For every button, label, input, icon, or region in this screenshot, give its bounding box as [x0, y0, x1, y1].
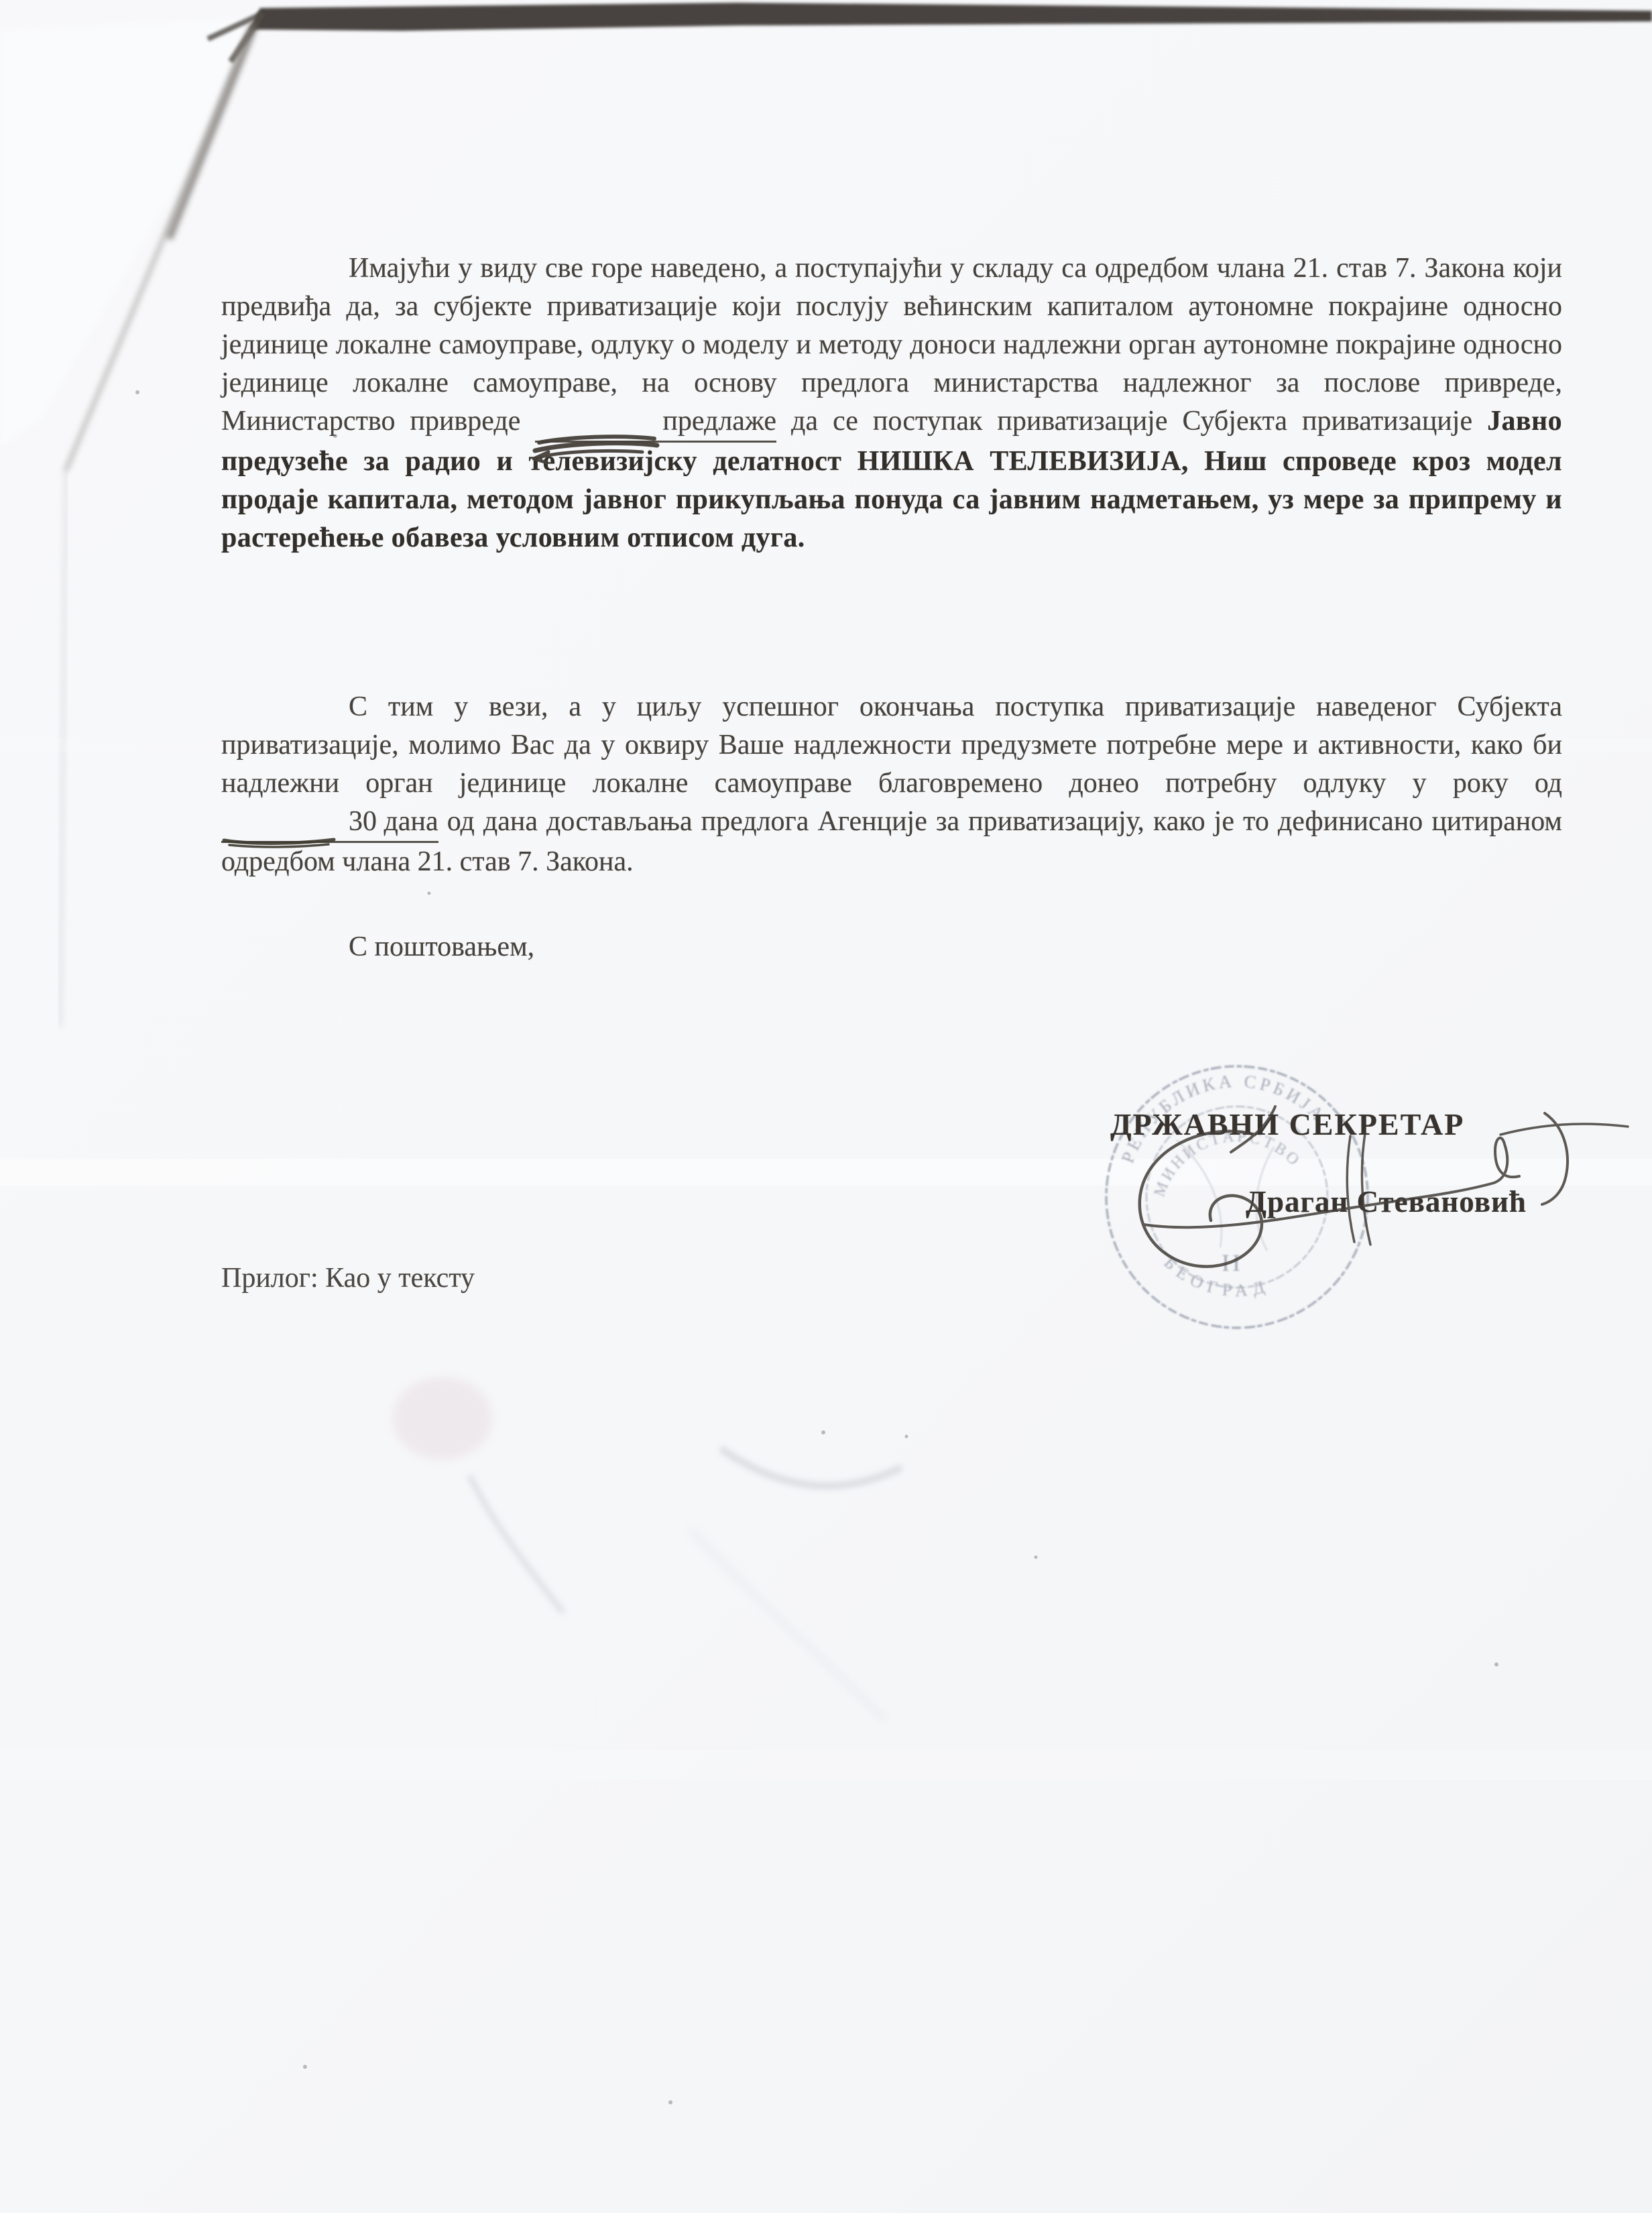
- scanned-letter-page: РЕПУБЛИКА СРБИЈА МИНИСТАРСТВО БЕОГРАД II…: [0, 0, 1652, 2213]
- underlined-word-predlaze: предлаже: [535, 402, 776, 443]
- handwritten-underline-mark: [221, 836, 339, 851]
- handwritten-scribble-mark: [530, 432, 664, 469]
- signature-name: Драган Стевановић: [1246, 1184, 1527, 1219]
- underlined-word-text: предлаже: [662, 406, 776, 437]
- letter-body: Имајући у виду све горе наведено, а пост…: [0, 0, 1652, 2213]
- paragraph-2-text: С тим у вези, а у циљу успешног окончања…: [221, 691, 1562, 799]
- paragraph-1: Имајући у виду све горе наведено, а пост…: [221, 249, 1562, 557]
- underlined-deadline-text: 30 дана: [349, 806, 438, 837]
- paragraph-2: С тим у вези, а у циљу успешног окончања…: [221, 688, 1562, 881]
- underlined-deadline: 30 дана: [221, 803, 438, 843]
- attachment-note: Прилог: Као у тексту: [221, 1262, 475, 1294]
- signature-title: ДРЖАВНИ СЕКРЕТАР: [1110, 1106, 1464, 1142]
- paragraph-1-text-cont: да се поступак приватизације Субјекта пр…: [791, 406, 1472, 437]
- closing-salutation: С поштовањем,: [221, 931, 1026, 963]
